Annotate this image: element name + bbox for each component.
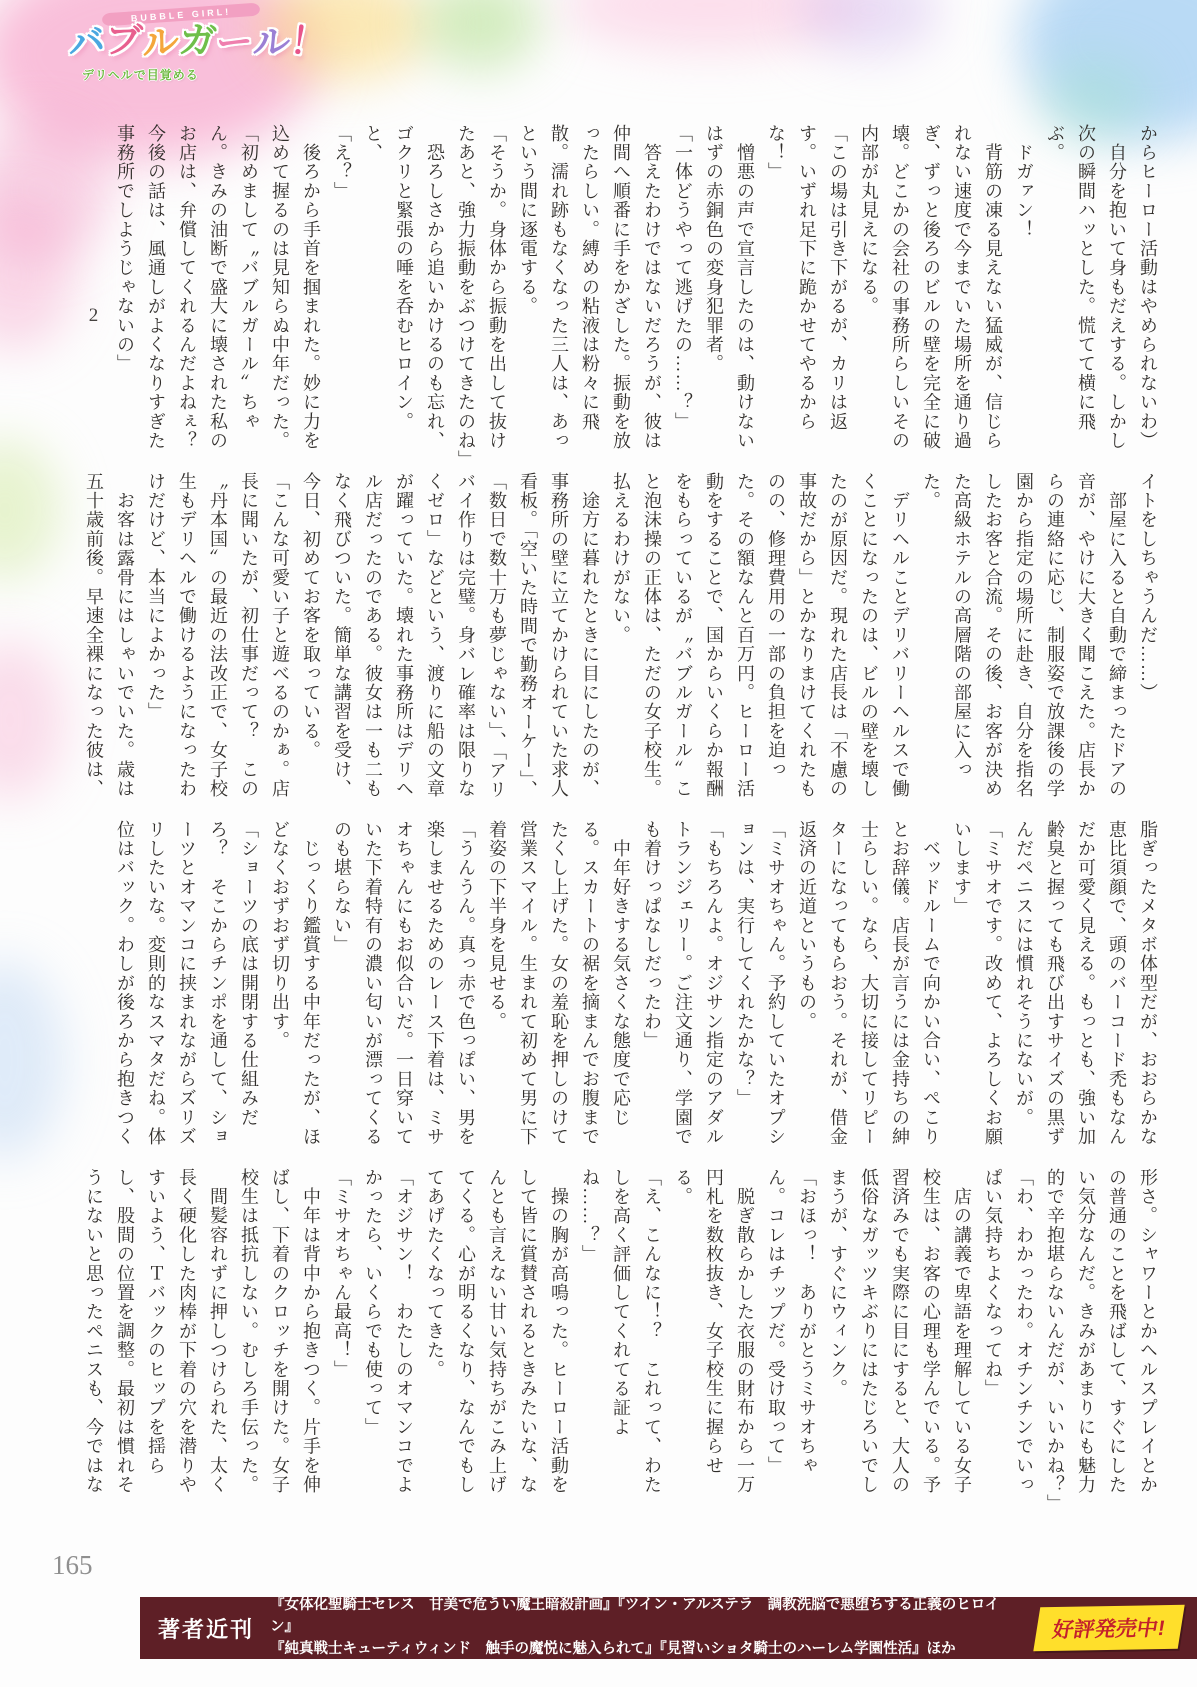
paragraph: 中年は背中から抱きつく。片手を伸ばし、下着のクロッチを開けた。女子校生は抵抗しな…: [233, 1168, 326, 1508]
body-text: からヒーロー活動はやめられないわ） 自分を抱いて身もだえする。しかし次の瞬間ハッ…: [85, 124, 1163, 1516]
paragraph: 「おほっ！ ありがとうミサオちゃん。コレはチップだ。受け取って」: [760, 1168, 822, 1508]
text-row-2: イトをしちゃうんだ……） 部屋に入ると自動で締まったドアの音が、やけに大きく聞こ…: [85, 472, 1163, 812]
paragraph: 途方に暮れたときに目にしたのが、事務所の壁に立てかけられていた求人看板。「空いた…: [295, 472, 605, 812]
paragraph: デリヘルことデリバリーヘルスで働くことになったのは、ビルの壁を壊したのが原因だ。…: [605, 472, 915, 812]
paragraph: 店の講義で卑語を理解している女子校生は、お客の心理も学んでいる。予習済みでも実際…: [822, 1168, 977, 1508]
paragraph: イトをしちゃうんだ……）: [1132, 472, 1163, 812]
watercolor-blob-green: [420, 0, 540, 70]
paragraph: 「一体どうやって逃げたの……？」: [667, 124, 698, 464]
paragraph: ドガァン！: [1008, 124, 1039, 464]
paragraph: 「そうか。身体から振動を出して抜けたあと、強力振動をぶつけてきたのね」: [450, 124, 512, 464]
text-row-1: からヒーロー活動はやめられないわ） 自分を抱いて身もだえする。しかし次の瞬間ハッ…: [85, 124, 1163, 464]
footer-titles-line2: 『純真戦士キューティウィンド 触手の魔悦に魅入られて』『見習いショタ騎士のハーレ…: [270, 1639, 1021, 1661]
paragraph: 「え、こんなに！？ これって、わたしを高く評価してくれてる証よね……？」: [574, 1168, 667, 1508]
footer-book-titles: 『女体化聖騎士セレス 甘美で危うい魔王暗殺計画』『ツイン・アルステラ 調教洗脳で…: [270, 1595, 1021, 1660]
logo-subtitle: デリヘルで目覚める: [82, 66, 338, 83]
logo-title: バブルガール！: [68, 23, 338, 64]
paragraph: 間髪容れずに押しつけられた、太く長く硬化した肉棒が下着の穴を潜りやすいよう、Ｔバ…: [85, 1168, 233, 1508]
paragraph: 「もちろんよ。オジサン指定のアダルトランジェリー。ご注文通り、学園でも着けっぱな…: [636, 820, 729, 1160]
logo-title-char: ル: [141, 22, 180, 65]
text-row-4: 形さ。シャワーとかヘルスプレイとかの普通のことを飛ばして、すぐにしたい気分なんだ…: [85, 1168, 1163, 1508]
paragraph: 自分を抱いて身もだえする。しかし次の瞬間ハッとした。慌てて横に飛ぶ。: [1039, 124, 1132, 464]
series-logo: BUBBLE GIRL! バブルガール！ デリヘルで目覚める: [68, 8, 338, 83]
footer-titles-line1: 『女体化聖騎士セレス 甘美で危うい魔王暗殺計画』『ツイン・アルステラ 調教洗脳で…: [270, 1595, 1021, 1639]
paragraph: からヒーロー活動はやめられないわ）: [1132, 124, 1163, 464]
logo-title-char: バ: [66, 21, 107, 65]
paragraph: 「オジサン！ わたしのオマンコでよかったら、いくらでも使って」: [357, 1168, 419, 1508]
paragraph: じっくり鑑賞する中年だったが、ほどなくおずおず切り出す。: [264, 820, 326, 1160]
paragraph: 背筋の凍る見えない猛威が、信じられない速度で今までいた場所を通り過ぎ、ずっと後ろ…: [853, 124, 1008, 464]
paragraph: 操の胸が高鳴った。ヒーロー活動をして皆に賞賛されるときみたいな、なんとも言えない…: [419, 1168, 574, 1508]
watercolor-blob-left-blue: [0, 960, 65, 1160]
footer-ad-bar: 著者近刊 『女体化聖騎士セレス 甘美で危うい魔王暗殺計画』『ツイン・アルステラ …: [140, 1597, 1197, 1659]
book-page: BUBBLE GIRL! バブルガール！ デリヘルで目覚める からヒーロー活動は…: [0, 0, 1197, 1687]
paragraph: 答えたわけではないだろうが、彼は仲間へ順番に手をかざした。振動を放ったらしい。縛…: [512, 124, 667, 464]
paragraph: 「初めまして〝バブルガール〟ちゃん。きみの油断で盛大に壊された私のお店は、弁償し…: [109, 124, 264, 464]
paragraph: 後ろから手首を掴まれた。妙に力を込めて握るのは見知らぬ中年だった。: [264, 124, 326, 464]
paragraph: お客は露骨にはしゃいでいた。歳は五十歳前後。早速全裸になった彼は、: [85, 472, 140, 812]
paragraph: 「ショーツの底は開閉する仕組みだろ？ そこからチンポを通して、ショーツとオマンコ…: [109, 820, 264, 1160]
section-number: 2: [85, 124, 109, 464]
paragraph: 「ミサオちゃん。予約していたオプションは、実行してくれたかな？」: [729, 820, 791, 1160]
paragraph: ベッドルームで向かい合い、ぺこりとお辞儀。店長が言うには金持ちの紳士らしい。なら…: [791, 820, 946, 1160]
logo-title-char: ー: [215, 22, 255, 65]
paragraph: 「うんうん。真っ赤で色っぽい、男を楽しませるためのレース下着は、ミサオちゃんにも…: [326, 820, 481, 1160]
paragraph: 「ミサオちゃん最高！」: [326, 1168, 357, 1508]
footer-label: 著者近刊: [158, 1613, 254, 1644]
paragraph: 脱ぎ散らかした衣服の財布から一万円札を数枚抜き、女子校生に握らせる。: [667, 1168, 760, 1508]
paragraph: 「この場は引き下がるが、カリは返す。いずれ足下に跪かせてやるからな！」: [760, 124, 853, 464]
paragraph: 形さ。シャワーとかヘルスプレイとかの普通のことを飛ばして、すぐにしたい気分なんだ…: [1039, 1168, 1163, 1508]
logo-title-char: ！: [287, 21, 329, 66]
logo-title-char: ガ: [177, 19, 217, 63]
paragraph: 「ミサオです。改めて、よろしくお願いします」: [946, 820, 1008, 1160]
logo-title-char: ル: [252, 22, 292, 65]
paragraph: 憎悪の声で宣言したのは、動けないはずの赤銅色の変身犯罪者。: [698, 124, 760, 464]
paragraph: 「こんな可愛い子と遊べるのかぁ。店長に聞いたが、初仕事だって？ この〝丹本国〟の…: [140, 472, 295, 812]
paragraph: 中年好きする気さくな態度で応じる。スカートの裾を摘まんでお腹までたくし上げた。女…: [481, 820, 636, 1160]
page-number: 165: [52, 1550, 93, 1581]
paragraph: 「え？」: [326, 124, 357, 464]
watercolor-blob-left-green: [0, 440, 60, 580]
logo-title-char: ブ: [104, 20, 144, 63]
on-sale-badge: 好評発売中!: [1033, 1605, 1184, 1652]
paragraph: 脂ぎったメタボ体型だが、おおらかな恵比須顔で、頭のバーコード禿もなんだか可愛く見…: [1008, 820, 1163, 1160]
text-row-3: 脂ぎったメタボ体型だが、おおらかな恵比須顔で、頭のバーコード禿もなんだか可愛く見…: [85, 820, 1163, 1160]
paragraph: 部屋に入ると自動で締まったドアの音が、やけに大きく聞こえた。店長からの連絡に応じ…: [915, 472, 1132, 812]
watercolor-blob-purple: [800, 0, 940, 55]
paragraph: 恐ろしさから追いかけるのも忘れ、ゴクリと緊張の唾を呑むヒロイン。と、: [357, 124, 450, 464]
watercolor-blob-left-pink2: [0, 640, 65, 800]
paragraph: 「わ、わかったわ。オチンチンでいっぱい気持ちよくなってね」: [977, 1168, 1039, 1508]
